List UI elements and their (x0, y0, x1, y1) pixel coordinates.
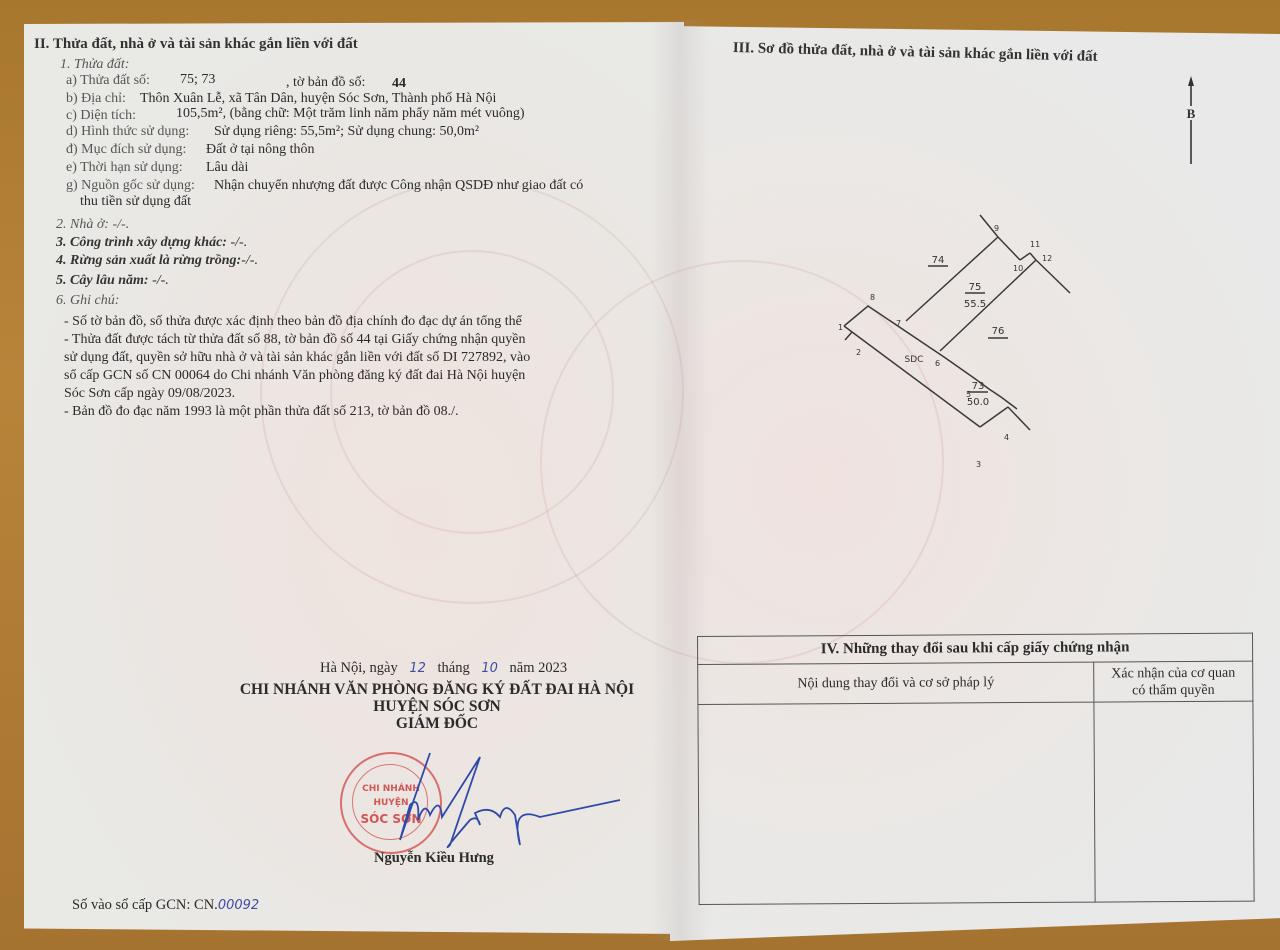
map-sheet-label: , tờ bản đồ số: (286, 75, 365, 91)
house-label: 2. Nhà ở: (56, 217, 109, 232)
notes-heading: 6. Ghi chú: (56, 293, 119, 309)
land-heading: 1. Thửa đất: (60, 57, 129, 73)
parcel-73-id: 73 (972, 381, 985, 392)
note-line-6: - Bản đồ đo đạc năm 1993 là một phần thử… (64, 404, 458, 420)
section-ii-title: II. Thửa đất, nhà ở và tài sản khác gắn … (34, 36, 358, 52)
house-value: -/-. (112, 217, 129, 232)
planted-forest-value: -/-. (241, 253, 258, 268)
issuing-org-line1: CHI NHÁNH VĂN PHÒNG ĐĂNG KÝ ĐẤT ĐAI HÀ N… (240, 682, 634, 698)
signer-position: GIÁM ĐỐC (396, 716, 478, 732)
parcel-diagram: 1 2 3 4 5 6 7 8 9 10 11 12 74 75 55.5 76… (830, 200, 1090, 490)
confirmation-header-line1: Xác nhận của cơ quan (1111, 665, 1235, 681)
parcel-value: 75; 73 (180, 72, 215, 88)
shared-use-label: SDC (905, 355, 924, 365)
confirmation-header-line2: có thẩm quyền (1132, 682, 1215, 698)
note-line-2: - Thửa đất được tách từ thửa đất số 88, … (64, 332, 526, 348)
changes-col-content: Nội dung thay đổi và cơ sở pháp lý (698, 662, 1094, 704)
date-prefix: Hà Nội, ngày (320, 660, 398, 676)
origin-value-cont: thu tiền sử dụng đất (80, 194, 191, 210)
signer-name: Nguyễn Kiều Hưng (374, 850, 494, 866)
point-12: 12 (1042, 254, 1052, 263)
changes-confirmation-cell (1094, 701, 1254, 902)
point-8: 8 (870, 293, 875, 302)
date-month: 10 (481, 661, 498, 676)
north-label: B (1187, 106, 1196, 121)
changes-content-cell (698, 702, 1095, 904)
note-line-5: Sóc Sơn cấp ngày 09/08/2023. (64, 386, 235, 402)
registry-value: 00092 (218, 898, 259, 913)
purpose-label: đ) Mục đích sử dụng: (66, 142, 186, 158)
perennial-trees-value: -/-. (152, 273, 169, 288)
area-value: 105,5m², (bằng chữ: Một trăm linh năm ph… (176, 106, 525, 122)
address-value: Thôn Xuân Lễ, xã Tân Dân, huyện Sóc Sơn,… (140, 91, 496, 107)
usage-form-label: d) Hình thức sử dụng: (66, 124, 189, 140)
parcel-76-id: 76 (992, 326, 1005, 337)
note-line-4: sổ cấp GCN số CN 00064 do Chi nhánh Văn … (64, 368, 525, 384)
registry-number: Số vào sổ cấp GCN: CN.00092 (72, 897, 259, 914)
perennial-trees-label: 5. Cây lâu năm: (56, 273, 149, 288)
point-7: 7 (896, 319, 901, 328)
point-10: 10 (1013, 264, 1023, 273)
issue-date: Hà Nội, ngày 12 tháng 10 năm 2023 (320, 660, 567, 677)
issuing-org-line2: HUYỆN SÓC SƠN (373, 699, 500, 715)
point-6: 6 (935, 359, 940, 368)
area-label: c) Diện tích: (66, 108, 136, 124)
map-sheet-value: 44 (392, 76, 406, 92)
other-construction-label: 3. Công trình xây dựng khác: (56, 235, 227, 250)
point-3: 3 (976, 460, 981, 469)
date-month-label: tháng (438, 660, 470, 676)
other-construction-value: -/-. (230, 235, 247, 250)
date-year: năm 2023 (510, 660, 568, 676)
point-2: 2 (856, 348, 861, 357)
note-line-3: sử dụng đất, quyền sở hữu nhà ở và tài s… (64, 350, 530, 366)
origin-value: Nhận chuyển nhượng đất được Công nhận QS… (214, 178, 583, 194)
point-4: 4 (1004, 433, 1009, 442)
origin-label: g) Nguồn gốc sử dụng: (66, 178, 195, 194)
changes-table: IV. Những thay đổi sau khi cấp giấy chứn… (697, 633, 1255, 905)
point-11: 11 (1030, 240, 1040, 249)
parcel-73-area: 50.0 (967, 397, 989, 408)
north-arrow: B (1180, 76, 1210, 168)
handwritten-signature (330, 745, 630, 865)
changes-col-confirmation: Xác nhận của cơ quan có thẩm quyền (1094, 661, 1253, 702)
registry-label: Số vào sổ cấp GCN: CN. (72, 897, 218, 913)
purpose-value: Đất ở tại nông thôn (206, 142, 315, 158)
term-value: Lâu dài (206, 160, 248, 176)
usage-form-value: Sử dụng riêng: 55,5m²; Sử dụng chung: 50… (214, 124, 479, 140)
date-day: 12 (409, 661, 426, 676)
parcel-75-id: 75 (969, 282, 982, 293)
changes-table-title: IV. Những thay đổi sau khi cấp giấy chứn… (698, 633, 1253, 664)
parcel-74-id: 74 (932, 255, 945, 266)
address-label: b) Địa chỉ: (66, 91, 126, 107)
term-label: e) Thời hạn sử dụng: (66, 160, 183, 176)
planted-forest-label: 4. Rừng sản xuất là rừng trồng: (56, 253, 241, 268)
parcel-75-area: 55.5 (964, 299, 986, 310)
note-line-1: - Số tờ bản đồ, số thửa được xác định th… (64, 314, 522, 330)
point-1: 1 (838, 323, 843, 332)
parcel-label: a) Thửa đất số: (66, 73, 150, 89)
point-9: 9 (994, 224, 999, 233)
